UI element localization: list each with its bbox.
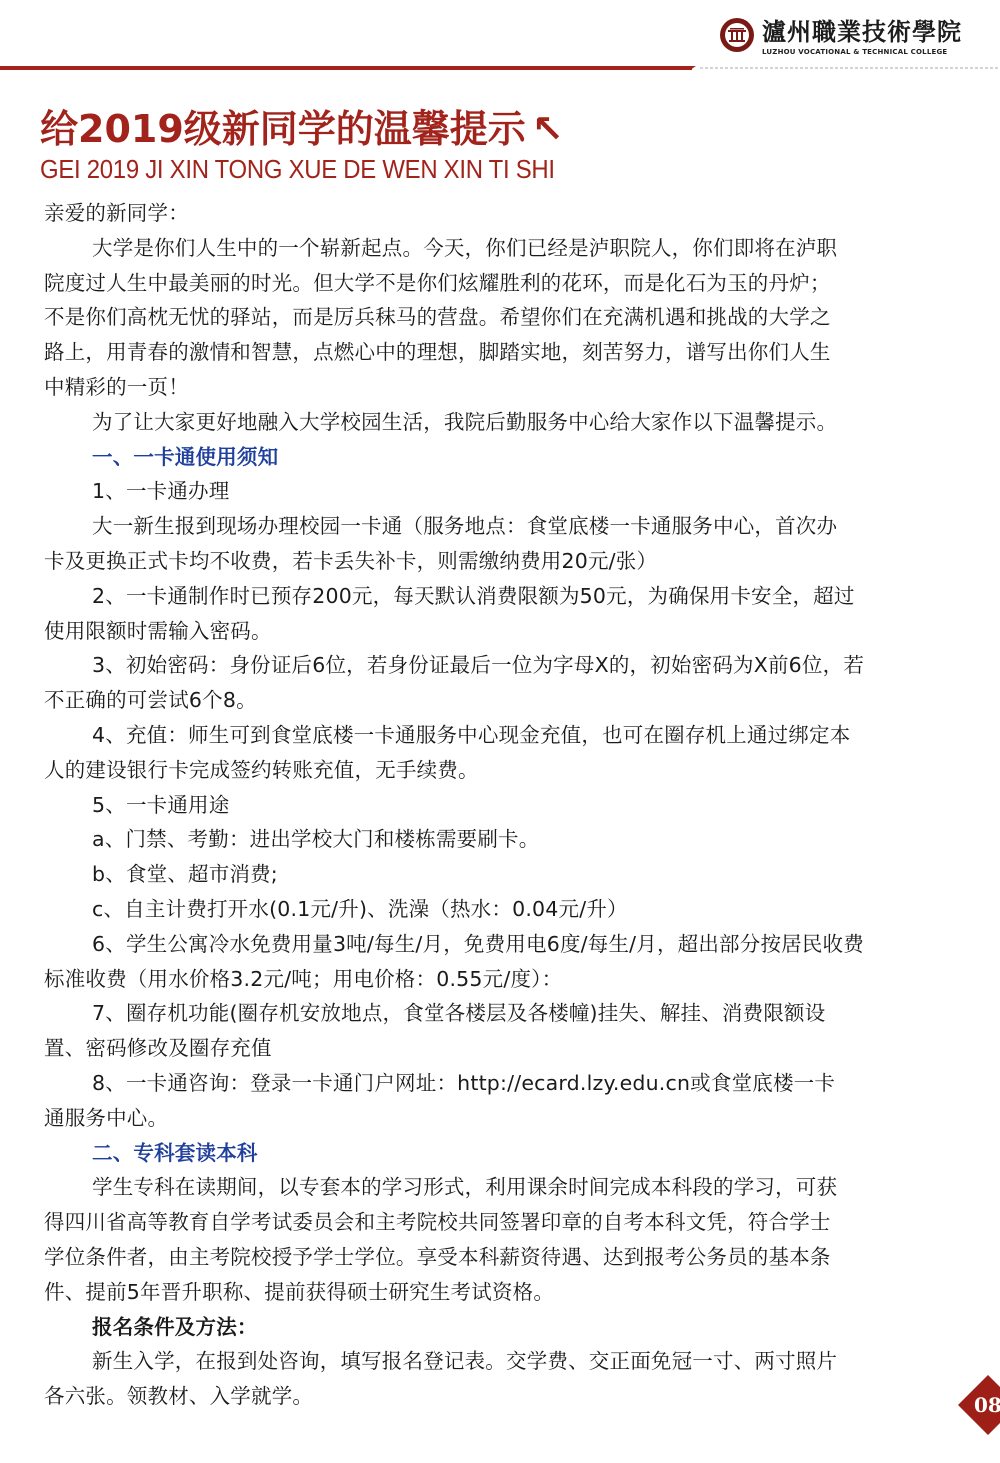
paragraph-line: 不正确的可尝试6个8。 xyxy=(44,683,952,718)
paragraph-line: 使用限额时需输入密码。 xyxy=(44,614,952,649)
paragraph-line: 标准收费（用水价格3.2元/吨；用电价格：0.55元/度）： xyxy=(44,962,952,997)
paragraph-line: 亲爱的新同学： xyxy=(44,196,952,231)
page-title-text: 给2019级新同学的温馨提示 xyxy=(40,107,526,151)
paragraph-line: 院度过人生中最美丽的时光。但大学不是你们炫耀胜利的花环，而是化石为玉的丹炉； xyxy=(44,266,952,301)
paragraph-line: c、自主计费打开水(0.1元/升)、洗澡（热水：0.04元/升） xyxy=(44,892,952,927)
paragraph-line: 6、学生公寓冷水免费用量3吨/每生/月，免费用电6度/每生/月，超出部分按居民收… xyxy=(44,927,952,962)
section-heading: 二、专科套读本科 xyxy=(44,1136,952,1171)
page-title: 给2019级新同学的温馨提示↖ xyxy=(40,106,564,152)
paragraph-line: 新生入学，在报到处咨询，填写报名登记表。交学费、交正面免冠一寸、两寸照片 xyxy=(44,1344,952,1379)
institution-name-en: LUZHOU VOCATIONAL & TECHNICAL COLLEGE xyxy=(762,48,947,56)
paragraph-line: 5、一卡通用途 xyxy=(44,788,952,823)
arrow-up-left-icon: ↖ xyxy=(532,106,564,152)
paragraph-line: 4、充值：师生可到食堂底楼一卡通服务中心现金充值，也可在圈存机上通过绑定本 xyxy=(44,718,952,753)
header-rule-dotted xyxy=(700,67,1000,69)
institution-name-cn: 瀘州職業技術學院 xyxy=(762,18,962,46)
paragraph-line: 路上，用青春的激情和智慧，点燃心中的理想，脚踏实地，刻苦努力，谱写出你们人生 xyxy=(44,335,952,370)
section-heading: 一、一卡通使用须知 xyxy=(44,440,952,475)
paragraph-line: 人的建设银行卡完成签约转账充值，无手续费。 xyxy=(44,753,952,788)
paragraph-line: 卡及更换正式卡均不收费，若卡丢失补卡，则需缴纳费用20元/张） xyxy=(44,544,952,579)
paragraph-line: 3、初始密码：身份证后6位，若身份证最后一位为字母X的，初始密码为X前6位，若 xyxy=(44,648,952,683)
paragraph-line: 学生专科在读期间，以专套本的学习形式，利用课余时间完成本科段的学习，可获 xyxy=(44,1170,952,1205)
header-rule-cap xyxy=(690,66,696,70)
paragraph-line: 置、密码修改及圈存充值 xyxy=(44,1031,952,1066)
paragraph-line: 件、提前5年晋升职称、提前获得硕士研究生考试资格。 xyxy=(44,1275,952,1310)
paragraph-line: a、门禁、考勤：进出学校大门和楼栋需要刷卡。 xyxy=(44,822,952,857)
paragraph-line: 大一新生报到现场办理校园一卡通（服务地点：食堂底楼一卡通服务中心，首次办 xyxy=(44,509,952,544)
paragraph-line: 通服务中心。 xyxy=(44,1101,952,1136)
paragraph-line: 大学是你们人生中的一个崭新起点。今天，你们已经是泸职院人，你们即将在泸职 xyxy=(44,231,952,266)
paragraph-line: 中精彩的一页！ xyxy=(44,370,952,405)
paragraph-line: b、食堂、超市消费; xyxy=(44,857,952,892)
paragraph-line: 各六张。领教材、入学就学。 xyxy=(44,1379,952,1414)
paragraph-line: 8、一卡通咨询：登录一卡通门户网址：http://ecard.lzy.edu.c… xyxy=(44,1066,952,1101)
paragraph-line: 得四川省高等教育自学考试委员会和主考院校共同签署印章的自考本科文凭，符合学士 xyxy=(44,1205,952,1240)
page-number-badge: 08 xyxy=(958,1375,1000,1435)
paragraph-line: 1、一卡通办理 xyxy=(44,474,952,509)
paragraph-line: 2、一卡通制作时已预存200元，每天默认消费限额为50元，为确保用卡安全，超过 xyxy=(44,579,952,614)
paragraph-line: 7、圈存机功能(圈存机安放地点，食堂各楼层及各楼幢)挂失、解挂、消费限额设 xyxy=(44,996,952,1031)
page-title-pinyin: GEI 2019 JI XIN TONG XUE DE WEN XIN TI S… xyxy=(40,153,555,185)
paragraph-line: 学位条件者，由主考院校授予学士学位。享受本科薪资待遇、达到报考公务员的基本条 xyxy=(44,1240,952,1275)
college-logo: 瀘州職業技術學院 LUZHOU VOCATIONAL & TECHNICAL C… xyxy=(720,18,980,62)
page-number: 08 xyxy=(974,1392,1000,1418)
subsection-heading: 报名条件及方法： xyxy=(44,1310,952,1345)
gate-icon xyxy=(728,28,746,42)
paragraph-line: 为了让大家更好地融入大学校园生活，我院后勤服务中心给大家作以下温馨提示。 xyxy=(44,405,952,440)
paragraph-line: 不是你们高枕无忧的驿站，而是厉兵秣马的营盘。希望你们在充满机遇和挑战的大学之 xyxy=(44,300,952,335)
letter-body: 亲爱的新同学：大学是你们人生中的一个崭新起点。今天，你们已经是泸职院人，你们即将… xyxy=(44,196,952,1414)
college-emblem-icon xyxy=(720,18,754,52)
header-rule xyxy=(0,66,692,70)
